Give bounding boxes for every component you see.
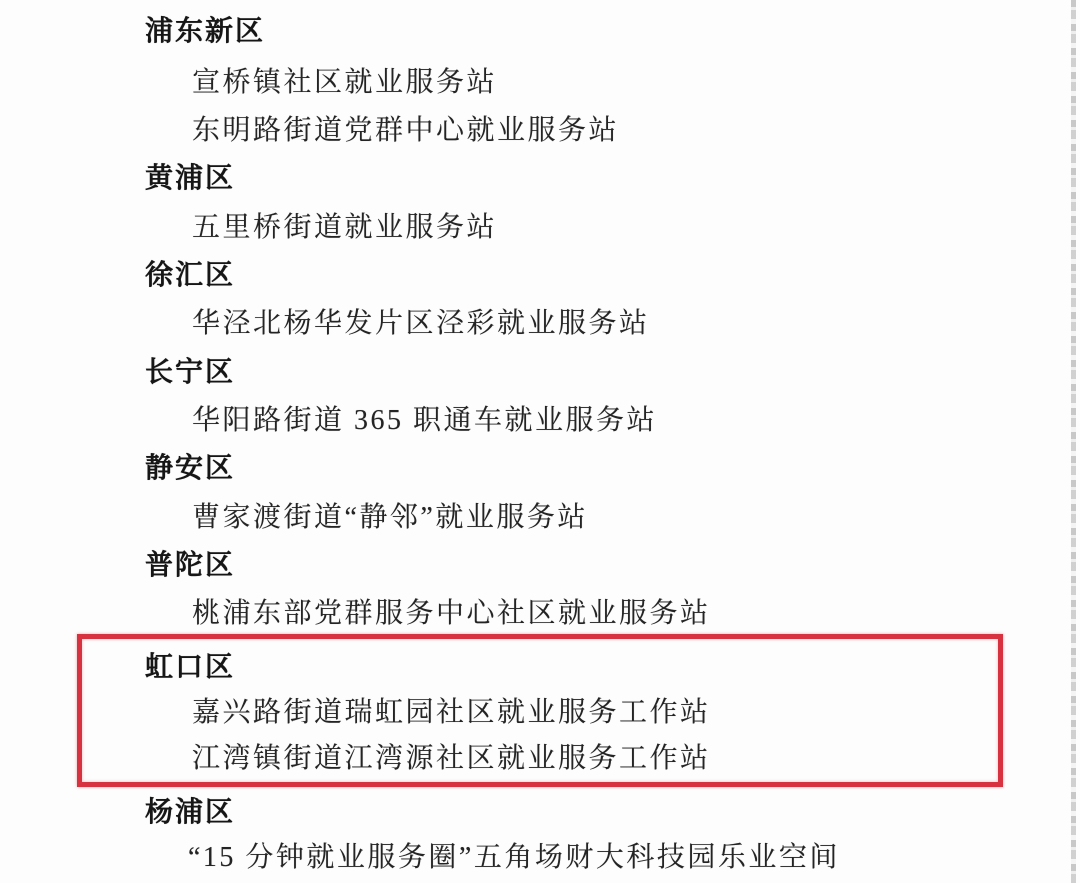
district-header-huangpu: 黄浦区: [145, 163, 235, 195]
district-header-xuhui: 徐汇区: [145, 260, 235, 292]
district-header-yangpu: 杨浦区: [145, 797, 235, 829]
district-header-putuo: 普陀区: [145, 550, 235, 582]
district-header-jingan: 静安区: [145, 453, 235, 485]
document-page: 浦东新区 宣桥镇社区就业服务站 东明路街道党群中心就业服务站 黄浦区 五里桥街道…: [0, 0, 1080, 883]
station-item: 桃浦东部党群服务中心社区就业服务站: [192, 598, 711, 630]
district-header-pudong-new-area: 浦东新区: [145, 16, 265, 48]
station-item: 华阳路街道 365 职通车就业服务站: [192, 405, 657, 437]
scan-edge-artifact: [1071, 0, 1076, 883]
station-item: 江湾镇街道江湾源社区就业服务工作站: [192, 743, 711, 775]
station-item: 东明路街道党群中心就业服务站: [192, 115, 619, 147]
station-item: 宣桥镇社区就业服务站: [192, 67, 497, 99]
station-item: 曹家渡街道“静邻”就业服务站: [192, 502, 588, 534]
district-header-changning: 长宁区: [145, 357, 235, 389]
station-item: 嘉兴路街道瑞虹园社区就业服务工作站: [192, 697, 711, 729]
station-item: 五里桥街道就业服务站: [192, 212, 497, 244]
station-item: 华泾北杨华发片区泾彩就业服务站: [192, 308, 650, 340]
station-item: “15 分钟就业服务圈”五角场财大科技园乐业空间: [188, 842, 840, 874]
district-header-hongkou: 虹口区: [145, 652, 235, 684]
